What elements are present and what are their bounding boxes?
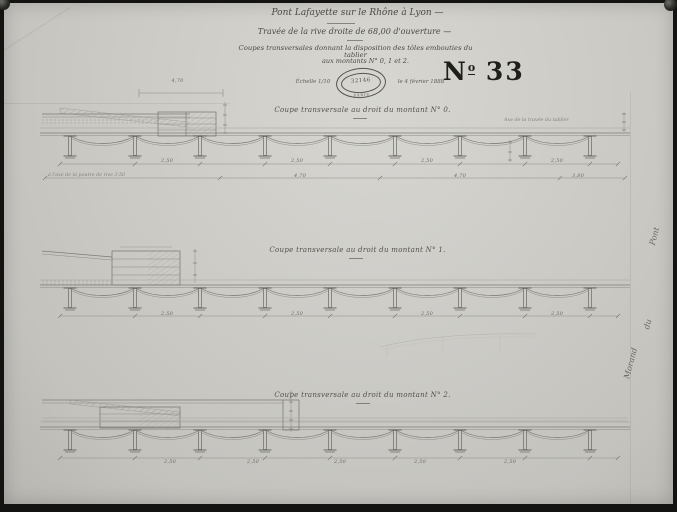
title-flourish	[327, 23, 355, 24]
dimension-label: 2,50	[480, 459, 540, 465]
dimension-label: 2,50	[137, 311, 197, 317]
sidewalk-structure	[42, 390, 628, 432]
dimension-label: 2,50	[390, 459, 450, 465]
dimension-label: 2,50	[310, 459, 370, 465]
photographed-drawing: Pont Lafayette sur le Rhône à Lyon — Tra…	[0, 0, 677, 512]
sheet-number-prefix: N	[443, 57, 468, 86]
top-dimension-line	[135, 88, 227, 100]
dimension-label: 4,70	[270, 173, 330, 179]
dimension-label: 3,80	[548, 173, 608, 179]
dimension-label: 2,50	[267, 311, 327, 317]
dimension-label: 4,70	[140, 78, 215, 84]
pencil-arch-sketch	[370, 325, 550, 365]
dimension-label: 2,50	[527, 158, 587, 164]
cross-section-drawing-2	[40, 388, 630, 470]
dimension-label: 2,50	[223, 459, 283, 465]
axis-note: Axe de la travée du tablier	[504, 118, 629, 123]
sidewalk-structure	[42, 102, 227, 136]
cross-section-drawing-1	[40, 243, 630, 318]
date-label: le 4 février 1888	[391, 79, 451, 85]
sheet-number-digits: 33	[486, 57, 525, 86]
title-line-1: Pont Lafayette sur le Rhône à Lyon —	[270, 9, 445, 19]
sheet-number-ordinal: o	[468, 61, 475, 75]
dimension-label: 2,50	[137, 158, 197, 164]
title-line-4: aux montants N° 0, 1 et 2.	[308, 58, 423, 65]
sheet-number: No 33	[443, 57, 525, 86]
scale-label: Échelle 1/10	[290, 79, 336, 85]
dimension-label: 2,50	[397, 311, 457, 317]
fold-crease	[630, 92, 631, 504]
dimension-label: 2,50	[397, 158, 457, 164]
dimension-label: 2,50	[527, 311, 587, 317]
sidewalk-structure	[42, 247, 197, 285]
dimension-label: 2,50	[140, 459, 200, 465]
title-flourish	[347, 40, 363, 41]
dimension-label: 2,50	[267, 158, 327, 164]
dimension-label: 4,70	[430, 173, 490, 179]
title-line-2: Travée de la rive droite de 68,00 d'ouve…	[252, 28, 457, 37]
corner-pin-icon	[664, 0, 677, 11]
edge-girder-note: à l'axe de la poutre de rive 3,50	[48, 173, 238, 178]
